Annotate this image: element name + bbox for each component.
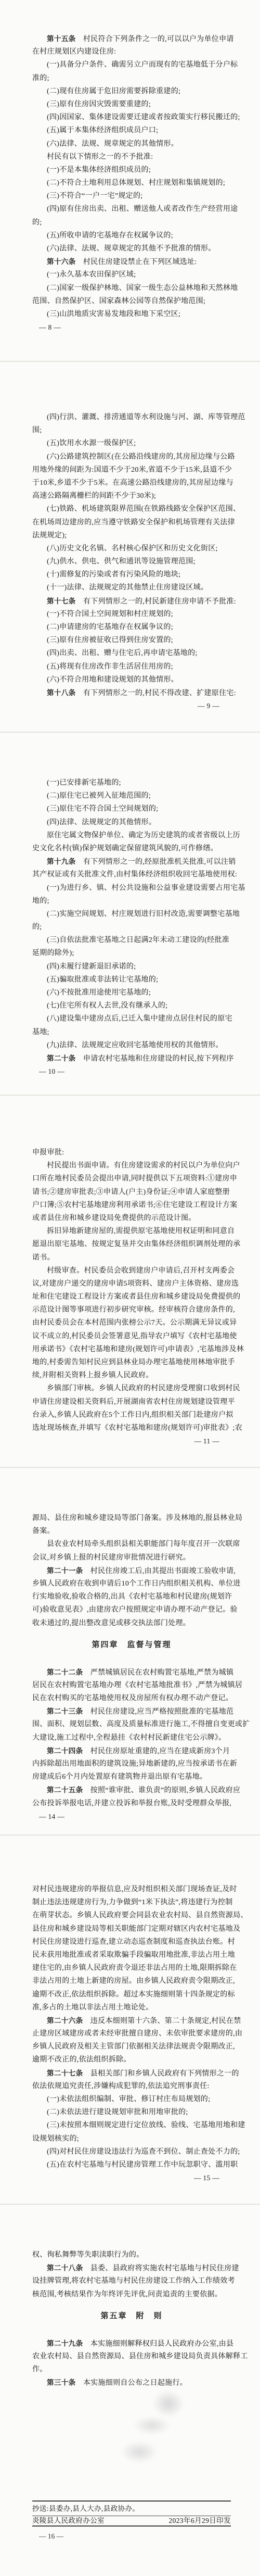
text-line: (三)自依法批准宅基地之日起满2年未动工建设的(经批准 — [32, 934, 231, 947]
text-line: 愿退出原宅基地、按规定复垦并交由集体经济组织调剂处理的承 — [32, 1238, 231, 1251]
text-line: (四)出卖、出租、赠与住宅后,再申请宅基地的; — [32, 647, 231, 660]
text-line: (三)山洪地质灾害易发地段和地下采空区; — [32, 308, 231, 321]
article-line: 第十六条 村民住房建设禁止在下列区域选址: — [32, 255, 231, 268]
text-line: 县农业农村局牵头组织县相关职能部门每年度召开一次联席 — [32, 1538, 231, 1551]
document-page-9: (四)行洪、灌溉、排涝通道等水利设施与河、湖、库等管理范围;(五)饮用水水源一级… — [0, 361, 260, 732]
text-line: 准,多占的土地以非法占用土地论处。 — [32, 2001, 231, 2014]
text-line: (二)申请建房的宅基地存在权属争议的; — [32, 621, 231, 634]
text-line: (一)不是本集体经济组织成员的; — [32, 164, 231, 177]
pages-host: 第十五条 村民符合下列条件之一的,可以以户为单位申请在村庄规划区内建设住房:(一… — [0, 0, 260, 2576]
text-line: 建住宅的,由乡镇人民政府责令退还非法占用的土地,限期拆除在 — [32, 1962, 231, 1975]
text-line: (四)行洪、灌溉、排涝通道等水利设施与河、湖、库等管理范 — [32, 411, 231, 424]
text-line: (十)需修复的污染或者有污染风险的地块; — [32, 568, 231, 581]
text-line: 申报审批: — [32, 1146, 231, 1159]
article-number: 第二十四条 — [47, 1747, 83, 1755]
text-line: (二)现有住房属于危旧房需要拆除重建的; — [32, 85, 231, 98]
copy-to-line: 抄送:县委办,县人大办,县政协办。 — [32, 2502, 231, 2516]
text-line: (四)未履行建新退旧承诺的; — [32, 960, 231, 973]
chapter-heading: 第五章 附 则 — [32, 2301, 231, 2337]
article-line: 第十七条 有下列情形之一的,村民新建住房申请不予批准: — [32, 595, 231, 608]
text-line: (一)未依法组织编制、审批、修订村庄布局规划的; — [32, 2093, 231, 2106]
article-line: 第三十条 本实施细则自公布之日起施行。 — [32, 2376, 231, 2389]
article-line: 第二十一条 村民住房竣工后,由其提出书面竣工验收申请, — [32, 1564, 231, 1577]
document-page-11: 申报审批:村民提出书面申请。有住房建设需求的村民以户为单位向户口所在地村民委员会… — [0, 1095, 260, 1467]
article-number: 第十九条 — [47, 858, 76, 865]
text-line: 逾期不改正,依法组织拆除。超过本实施细则第十四条规定的标 — [32, 1988, 231, 2001]
text-line: 址和住宅建设工程设计方案或者县住房和城乡建设局免费提供的 — [32, 1290, 231, 1303]
text-line: 申请住房建设相关资料后,开展湖南省农村住房规划建设管理平 — [32, 1396, 231, 1409]
article-line: 第二十九条 本实施细则解释权归县人民政府办公室,由县 — [32, 2337, 231, 2350]
text-line: 由村民委员会在本村范围内张榜公示7天。公示期满无异议或异 — [32, 1316, 231, 1329]
text-line: 民在农村购买的宅基地使用权及房屋所有权办理不动产登记。 — [32, 1692, 231, 1705]
text-line: 农业农村局、县自然资源局、县住房和城乡建设局负责具体解释工 — [32, 2350, 231, 2363]
text-line: (一)永久基本农田保护区域; — [32, 268, 231, 281]
text-line: 议,对建房户递交的建房申请5项资料、建房户主体资格、建房选 — [32, 1277, 231, 1290]
page-number: — 15 — — [32, 2171, 231, 2184]
article-number: 第二十七条 — [47, 2069, 83, 2077]
text-line: (二)国家一级保护林地、国家一级生态公益林地和天然林地 — [32, 282, 231, 295]
article-line: 第二十五条 按照“谁审批、谁负责”的原则,乡镇人民政府应 — [32, 1783, 231, 1796]
text-line: 房建成后6个月内处置原有建筑物并退出原有宅基地。 — [32, 1770, 231, 1783]
text-line: 台录入,乡镇人民政府在5个工作日内,组织相关部门赴建房户拟 — [32, 1409, 231, 1422]
text-line: (五)在农村宅基地与村民建房管理工作中玩忽职守、滥用职 — [32, 2158, 231, 2171]
article-line: 第十八条 有下列情形之一的,村民不得改建、扩建原住宅: — [32, 686, 231, 699]
text-line: 村民住房建设进行巡查,建立动态巡查制度和巡查执法台账。村 — [32, 1936, 231, 1949]
text-line: 的; — [32, 921, 231, 934]
text-line: (一)具备分户条件、确需另立户而现有的宅基地低于分户标 — [32, 58, 231, 71]
page-number: — 14 — — [32, 1810, 231, 1823]
text-line: (二)不符合土地利用总体规划、村庄规划和集镇规划的; — [32, 177, 231, 190]
text-line: 示范设计图等事项进行初步研究审核。经审核符合建房条件的, — [32, 1303, 231, 1316]
article-line: 第十九条 有下列情形之一的,经原批准机关批准,可以注销 — [32, 855, 231, 868]
text-line: (八)历史文化名镇、名村核心保护区和历史文化街区; — [32, 542, 231, 555]
article-number: 第二十条 — [47, 1054, 76, 1062]
text-line: (五)属于本集体经济组织成员户口; — [32, 124, 231, 137]
article-line: 第二十二条 严禁城镇居民在农村购置宅基地,严禁为城镇 — [32, 1666, 231, 1679]
text-line: 地的,村委需告知村民应到县林业局办理宅基地使用林地审批手 — [32, 1356, 231, 1369]
text-line: (七)铁路、机场建筑限界范围(在铁路线路安全保护区范围、 — [32, 502, 231, 516]
text-line: (九)供水、供电、供气和通讯等设施管理范围; — [32, 555, 231, 568]
text-line: (五)骗取批准或非法转让宅基地的; — [32, 973, 231, 986]
text-line: 县住房和城乡建设局等相关职能部门定期对辖区内农村宅基地及 — [32, 1922, 231, 1936]
text-line: (四)法律、法规规定的其他情形。 — [32, 816, 231, 829]
text-line: 备案。 — [32, 1525, 231, 1538]
text-line: (六)不按批准用途使用宅基地的; — [32, 986, 231, 999]
text-line: 村民有以下情形之一的不予批准: — [32, 150, 231, 164]
text-line: 户口簿;⑤农村宅基地建房利用承诺书;⑥住宅建设工程设计方案 — [32, 1199, 231, 1212]
text-line: 围; — [32, 424, 231, 437]
article-line: 第十五条 村民符合下列条件之一的,可以以户为单位申请 — [32, 32, 231, 45]
text-line: (六)法律、法规、规章规定的其他情形。 — [32, 137, 231, 150]
text-line: 延期的除外); — [32, 947, 231, 960]
text-line: 乡镇部门审核。乡镇人民政府的村民建房受理窗口收到村民 — [32, 1382, 231, 1395]
article-number: 第二十三条 — [47, 1707, 83, 1715]
article-number: 第二十九条 — [47, 2340, 83, 2347]
text-line: 范围、自然保护区、国家森林公园等自然保护地范围; — [32, 295, 231, 308]
text-line: (九)法律、法规规定应收回宅基地使用权的其他情形。 — [32, 1039, 231, 1052]
text-line: 依法依规追究责任,涉嫌构成犯罪的,依法追究刑事责任: — [32, 2080, 231, 2093]
text-line: 请书;②建房审批表;③申请人(户主)身份证;④申请人家庭整册 — [32, 1186, 231, 1199]
text-line: 地的; — [32, 895, 231, 908]
article-number: 第十六条 — [47, 258, 76, 266]
issuer-row: 炎陵县人民政府办公室 2023年6月29日印发 — [32, 2516, 231, 2525]
text-line: 止建房区域建房或者未经审批擅自建房、未依审批要求建房的,由 — [32, 2027, 231, 2040]
document-page-10: (一)已安排新宅基地的;(二)原住宅已被列入征地范围的;(三)原住宅不符合国土空… — [0, 732, 260, 1095]
article-line: 第二十七条 县相关部门和乡镇人民政府有下列情形之一的 — [32, 2067, 231, 2080]
text-line: 核范围,考核结果作为年终评先评优,问责追责的主要依据。 — [32, 2288, 231, 2301]
text-line: 基地; — [32, 1026, 231, 1039]
text-line: (三)原住宅不符合国土空间规划的; — [32, 802, 231, 815]
document-page-8: 第十五条 村民符合下列条件之一的,可以以户为单位申请在村庄规划区内建设住房:(一… — [0, 0, 260, 361]
text-line: 源局、县住房和城乡建设局等部门备案。涉及林地的,报县林业局 — [32, 1512, 231, 1525]
article-line: 第二十六条 违反本细则第十六条、第二十条规定,村民在禁 — [32, 2014, 231, 2027]
text-line: 法规规定); — [32, 529, 231, 542]
text-line: 内拆除超出用地面积的建筑设施;异地新建的,应当按承诺书在新 — [32, 1757, 231, 1770]
text-line: 乡镇人民政府在收到申请后10个工作日内组织相关机构、单位进 — [32, 1577, 231, 1590]
text-line: 会议,对乡镇上报的村民建房审批情况进行研究。 — [32, 1551, 231, 1564]
text-line: (三)未按照本细则规定进行定位放线、验线、宅基地用地和建 — [32, 2119, 231, 2132]
text-line: 可)验收意见表》,由建房农户按照规定申请办理不动产登记。验 — [32, 1603, 231, 1616]
document-footer: 抄送:县委办,县人大办,县政协办。 炎陵县人民政府办公室 2023年6月29日印… — [32, 2500, 231, 2542]
text-line: 制止违法违规建房行为,力争做到“1米下执法”,将违建行为控制 — [32, 1896, 231, 1909]
text-line: 行实地验收,验收合格的,出具《农村宅基地和村民建房(规划许 — [32, 1590, 231, 1603]
text-line: 权、徇私舞弊等失职渎职行为的。 — [32, 2248, 231, 2261]
article-number: 第二十二条 — [47, 1668, 83, 1676]
text-line: (五)饮用水水源一级保护区; — [32, 437, 231, 450]
text-line: 高速公路隔离栅栏的间距不少于30米); — [32, 489, 231, 502]
article-number: 第二十一条 — [47, 1567, 83, 1575]
text-line: 逾期不改正的,依法组织拆除。 — [32, 2053, 231, 2066]
document-page-15: 对村民违规建房的举报信息,应及时组织相关部门现场查证,及时制止违法违规建房行为,… — [0, 1834, 260, 2204]
page-number: — 8 — — [32, 321, 231, 334]
text-line: 准的; — [32, 72, 231, 85]
text-line: 对村民违规建房的举报信息,应及时组织相关部门现场查证,及时 — [32, 1883, 231, 1896]
issuer-office: 炎陵县人民政府办公室 — [32, 2516, 105, 2525]
text-line: (五)将现有住房改作非生活居住用房的; — [32, 660, 231, 673]
article-line: 第二十八条 县委、县政府将实施农村宅基地与村民住房建 — [32, 2261, 231, 2275]
text-line: 收未通过的,提出整改意见或移交执法部门处理。 — [32, 1617, 231, 1630]
article-number: 第十五条 — [47, 35, 76, 43]
article-number: 第十八条 — [47, 689, 76, 697]
chapter-heading: 第四章 监督与管理 — [32, 1630, 231, 1666]
article-number: 第二十六条 — [47, 2017, 83, 2025]
text-line: 续,并附相关资料上报乡镇人民政府。 — [32, 1369, 231, 1382]
text-line: (六)法律、法规、规章规定的其他不予批准的情形。 — [32, 242, 231, 255]
text-line: 原住宅属文物保护单位、确定为历史建筑的或者省级以上历 — [32, 829, 231, 842]
page-number: — 10 — — [32, 1065, 231, 1078]
article-number: 第二十八条 — [47, 2264, 83, 2272]
text-line: 乡镇人民政府及相关主管部门依据相关法律法规责令限期改正, — [32, 2040, 231, 2053]
article-line: 第二十四条 村民住房原址重建的,应当在建成新房3个月 — [32, 1744, 231, 1757]
text-line: 选址现场核查,并填写《农村宅基地和建房(规划许可)审批表》;农 — [32, 1422, 231, 1435]
text-line: 其产权证或有关批准文件,由村集体经济组织收回宅基地使用权: — [32, 868, 231, 881]
text-line: 作。 — [32, 2363, 231, 2376]
text-line: (六)不符合用地和建设规划的其他情形。 — [32, 673, 231, 686]
text-line: 大建设,施工过程中,全程悬挂《农村村民新建住宅公示牌》。 — [32, 1731, 231, 1744]
text-line: 在机场周边建房的,应当遵守铁路安全保护和机场管理有关法律 — [32, 516, 231, 529]
text-line: (四)因国家、集体建设需要迁建或者按政策实行移民搬迁的; — [32, 111, 231, 124]
text-line: 公布投诉举报电话,并建立投诉和举报台账,及时受理群众举报, — [32, 1797, 231, 1810]
text-line: 在村庄规划区内建设住房: — [32, 45, 231, 58]
text-line: 或者县住房和城乡建设局免费提供的示范设计图。 — [32, 1212, 231, 1225]
text-line: (十一)法律、法规规定的其他禁止住房建设区域。 — [32, 581, 231, 594]
text-line: (二)原住宅已被列入征地范围的; — [32, 789, 231, 802]
text-line: 史文化名村(镇)保护规划确定保留建筑风貌的,可作修缮。 — [32, 842, 231, 855]
text-line: 用承诺书》《农村宅基地和建房(规划许可)申请表》,宅基地涉及林 — [32, 1343, 231, 1356]
text-line: 诺书。 — [32, 1251, 231, 1264]
text-line: (五)所收申请的宅基地存在权属争议的; — [32, 229, 231, 242]
article-line: 第二十三条 村民住房建设,应当严格按照批准的宅基地范 — [32, 1705, 231, 1718]
text-line: 设规划核实的; — [32, 2132, 231, 2145]
text-line: 村级审查。村民委员会收到建房户申请后,召开村支两委会 — [32, 1264, 231, 1277]
text-line: 村民提出书面申请。有住房建设需求的村民以户为单位向户 — [32, 1159, 231, 1172]
text-line: 用地外缘的间距为:国道不少于20米,省道不少于15米,县道不少 — [32, 463, 231, 476]
text-line: (四)原有住房出卖、出租、赠送他人或者改作生产经营用途 — [32, 203, 231, 216]
text-line: (一)为进行乡、镇、村公共设施和公益事业建设需要占用宅基 — [32, 882, 231, 895]
text-line: (三)不符合“一户一宅”规定的; — [32, 190, 231, 203]
page-number: — 11 — — [32, 1435, 231, 1448]
text-line: (七)住宅所有权人去世,没有继承人的; — [32, 999, 231, 1012]
article-number: 第二十五条 — [47, 1786, 83, 1794]
document-page-14: 源局、县住房和城乡建设局等部门备案。涉及林地的,报县林业局备案。县农业农村局牵头… — [0, 1467, 260, 1834]
page-number: — 9 — — [32, 699, 231, 712]
article-line: 第二十条 申请农村宅基地和住房建设的村民,按下列程序 — [32, 1052, 231, 1065]
text-line: (六)公路建筑控制区(在公路沿线建房的,其房屋边缘与公路 — [32, 450, 231, 463]
text-line: (三)原有住房因灾毁需要重建的; — [32, 98, 231, 111]
article-number: 第三十条 — [47, 2379, 76, 2386]
text-line: 议不成立的,村民委员会签署意见,指导农户填写《农村宅基地使 — [32, 1330, 231, 1343]
text-line: 的; — [32, 216, 231, 229]
text-line: 在萌芽状态。乡镇人民政府要会同县农业农村局、县自然资源局、 — [32, 1909, 231, 1922]
text-line: (八)建设集中建房点后,已迁入集中建房点居住村民的原宅 — [32, 1012, 231, 1025]
text-line: (二)实施空间规划、村庄规划进行旧村改造,需要调整宅基地 — [32, 908, 231, 921]
text-line: (三)原有住房被征收已得到住房安置的; — [32, 634, 231, 647]
article-number: 第十七条 — [47, 597, 76, 605]
text-line: 拆旧异地新建房屋的,需提供原宅基地使用权证明和同意自 — [32, 1225, 231, 1238]
text-line: (二)未依法进行建设规划审批和用地审批的; — [32, 2106, 231, 2119]
text-line: 口所在地村民委员会提出申请,同时提供以下五项资料:①建房申 — [32, 1172, 231, 1185]
text-line: 于10米,乡道不少于5米。在高速公路沿线建房的,其房屋边缘与 — [32, 476, 231, 489]
text-line: 围、面积、规划层数、高度及质量标准进行施工,不得擅自变更或扩 — [32, 1718, 231, 1731]
print-date: 2023年6月29日印发 — [168, 2516, 231, 2525]
text-line: (一)已安排新宅基地的; — [32, 776, 231, 789]
document-scan: 第十五条 村民符合下列条件之一的,可以以户为单位申请在村庄规划区内建设住房:(一… — [0, 0, 260, 2576]
text-line: 居民在农村购置宅基地办理《农村宅基地批准书》,严禁为城镇居 — [32, 1679, 231, 1692]
text-line: (一)不符合国土空间规划和村庄规划的; — [32, 608, 231, 621]
page-number: — 16 — — [32, 2531, 231, 2542]
text-line: 民未获用地批准或者采取欺骗手段骗取用地批准,非法占用土地 — [32, 1949, 231, 1962]
text-line: (四)对村民住房建设违法行为巡查不到位、制止查处不力的; — [32, 2145, 231, 2158]
footer-rule-bottom — [32, 2525, 231, 2527]
text-line: 非法占用的土地上新建的房屋。由乡镇人民政府责令限期改正, — [32, 1975, 231, 1988]
text-line: 设挂牌管理,将农村宅基地与村民住房建设工作纳入工作绩效考 — [32, 2275, 231, 2288]
